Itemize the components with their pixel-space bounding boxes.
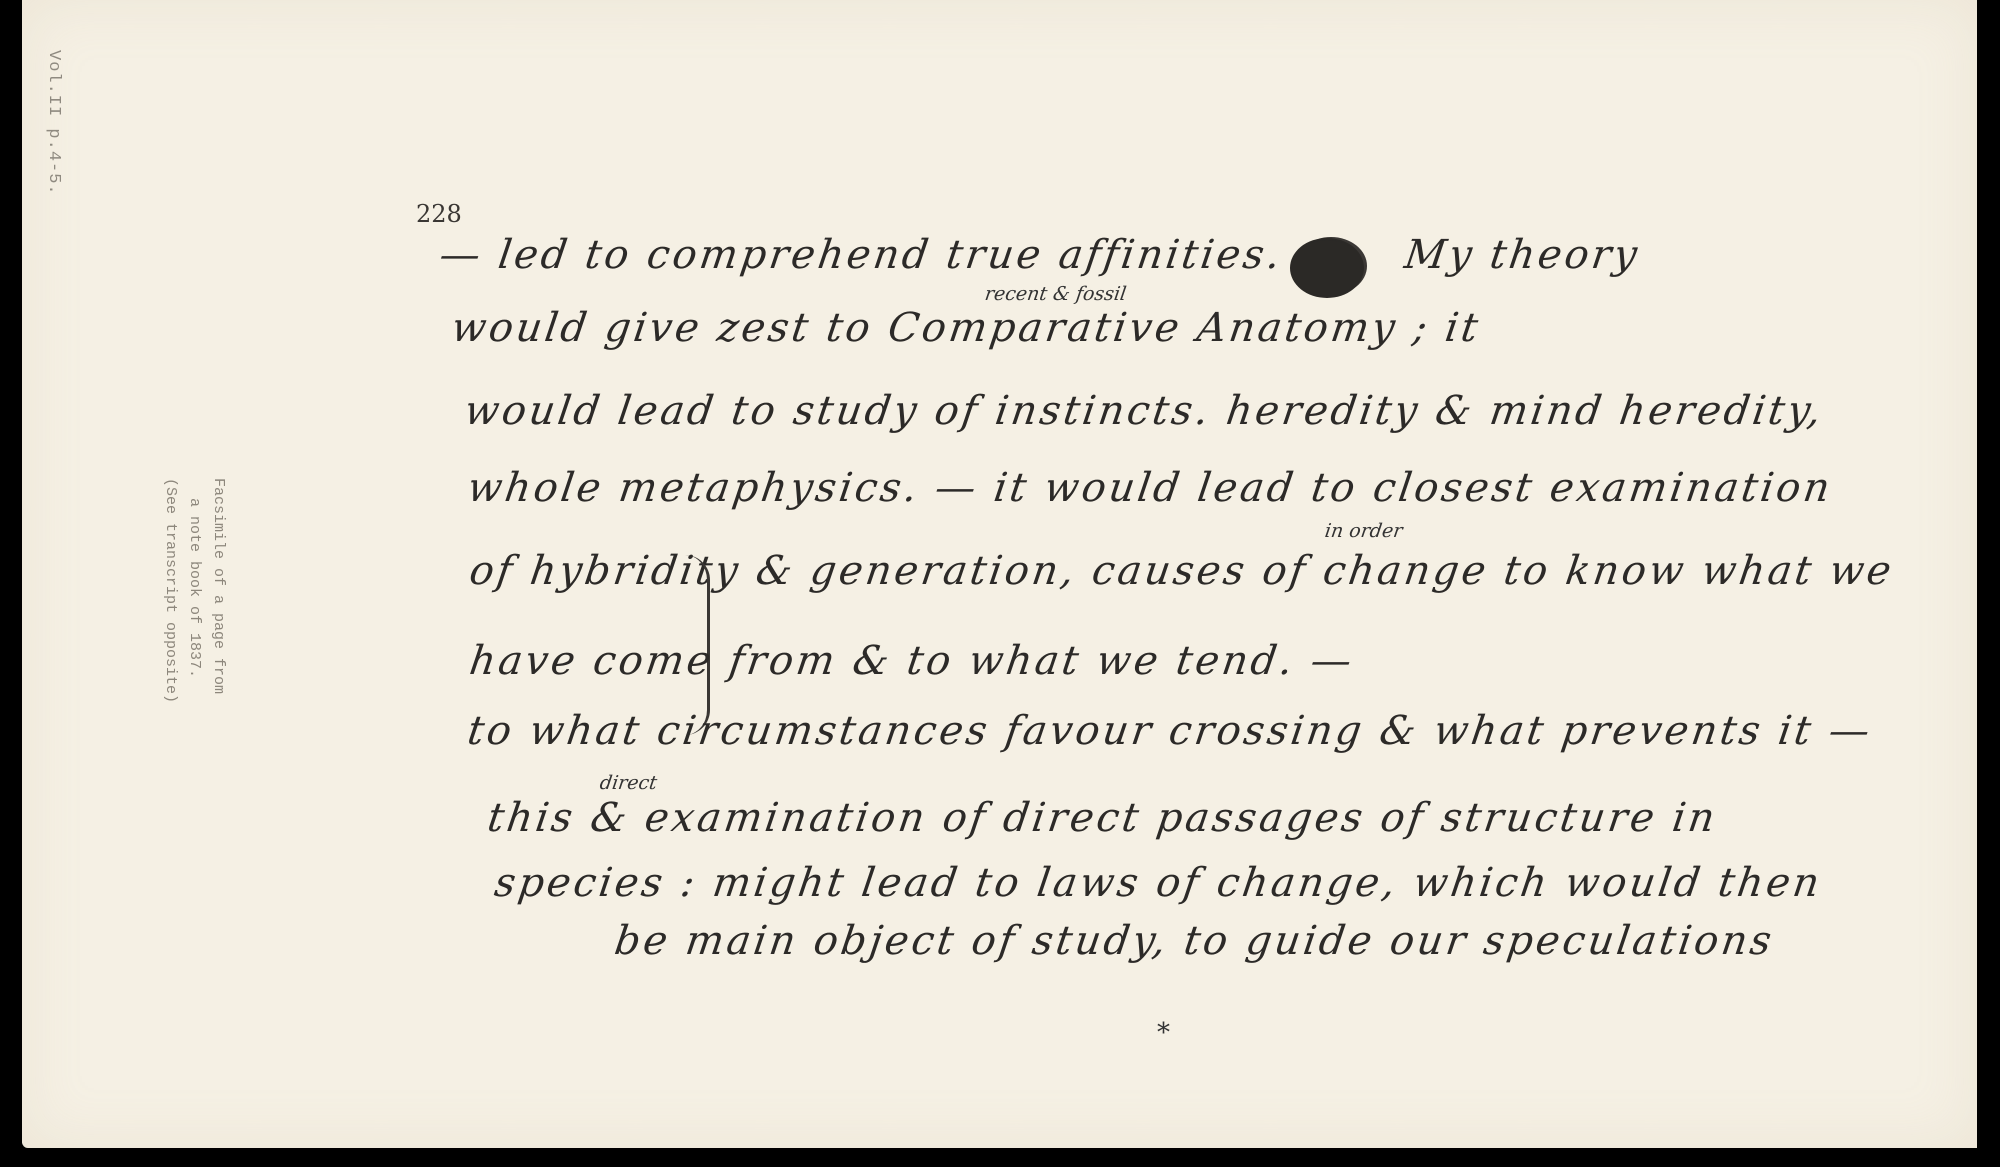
insertion-direct: direct bbox=[598, 772, 658, 794]
handwritten-text: 228 — led to comprehend true affinities.… bbox=[0, 0, 2000, 1167]
handwritten-line-3: would lead to study of instincts. heredi… bbox=[462, 388, 1827, 434]
handwritten-line-4: whole metaphysics. — it would lead to cl… bbox=[465, 465, 1836, 511]
handwritten-line-5: of hybridity & generation, causes of cha… bbox=[467, 548, 1897, 594]
page-number: 228 bbox=[416, 200, 462, 228]
handwritten-line-7: to what circumstances favour crossing & … bbox=[465, 708, 1876, 754]
handwritten-my-theory: My theory bbox=[1402, 232, 1643, 278]
ink-blot-crossout bbox=[1290, 238, 1364, 298]
handwritten-line-8: this & examination of direct passages of… bbox=[485, 795, 1721, 841]
insertion-recent-fossil: recent & fossil bbox=[983, 283, 1127, 305]
handwritten-line-1: — led to comprehend true affinities. bbox=[437, 232, 1286, 278]
asterisk-mark: * bbox=[1157, 1018, 1170, 1048]
handwritten-line-9: species : might lead to laws of change, … bbox=[492, 860, 1825, 906]
insertion-in-order: in order bbox=[1323, 520, 1403, 542]
handwritten-line-6: have come from & to what we tend. — bbox=[467, 638, 1358, 684]
handwritten-line-2: would give zest to Comparative Anatomy ;… bbox=[449, 305, 1484, 351]
handwritten-line-10: be main object of study, to guide our sp… bbox=[612, 918, 1777, 964]
